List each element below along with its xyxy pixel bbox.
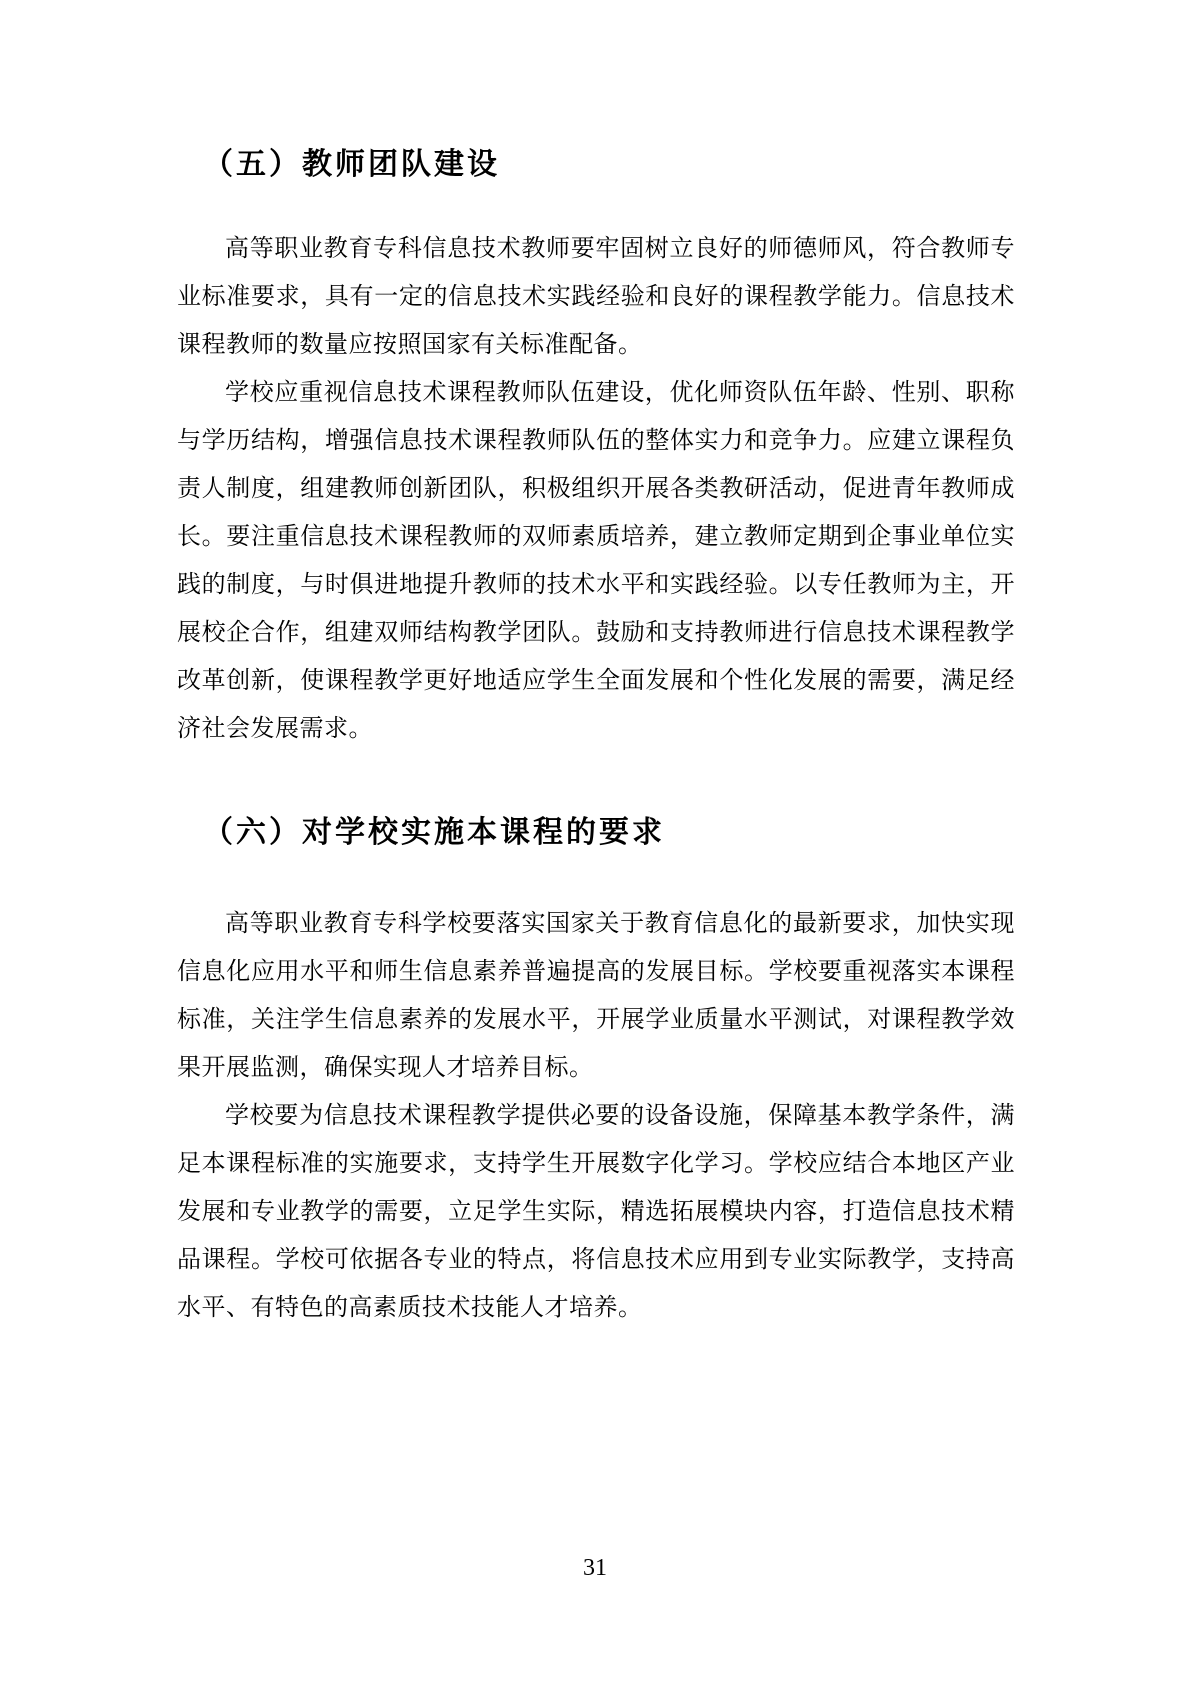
document-page: （五）教师团队建设 高等职业教育专科信息技术教师要牢固树立良好的师德师风，符合教…	[0, 0, 1190, 1684]
paragraph-team-building: 学校应重视信息技术课程教师队伍建设，优化师资队伍年龄、性别、职称与学历结构，增强…	[177, 369, 1015, 753]
document-content: （五）教师团队建设 高等职业教育专科信息技术教师要牢固树立良好的师德师风，符合教…	[177, 0, 1015, 1332]
section-heading-teacher-team: （五）教师团队建设	[177, 145, 1015, 185]
paragraph-teacher-requirements: 高等职业教育专科信息技术教师要牢固树立良好的师德师风，符合教师专业标准要求，具有…	[177, 225, 1015, 369]
paragraph-informatization-goals: 高等职业教育专科学校要落实国家关于教育信息化的最新要求，加快实现信息化应用水平和…	[177, 900, 1015, 1092]
page-number: 31	[0, 1553, 1190, 1583]
paragraph-facilities-support: 学校要为信息技术课程教学提供必要的设备设施，保障基本教学条件，满足本课程标准的实…	[177, 1092, 1015, 1332]
section-heading-school-implementation: （六）对学校实施本课程的要求	[177, 813, 1015, 853]
